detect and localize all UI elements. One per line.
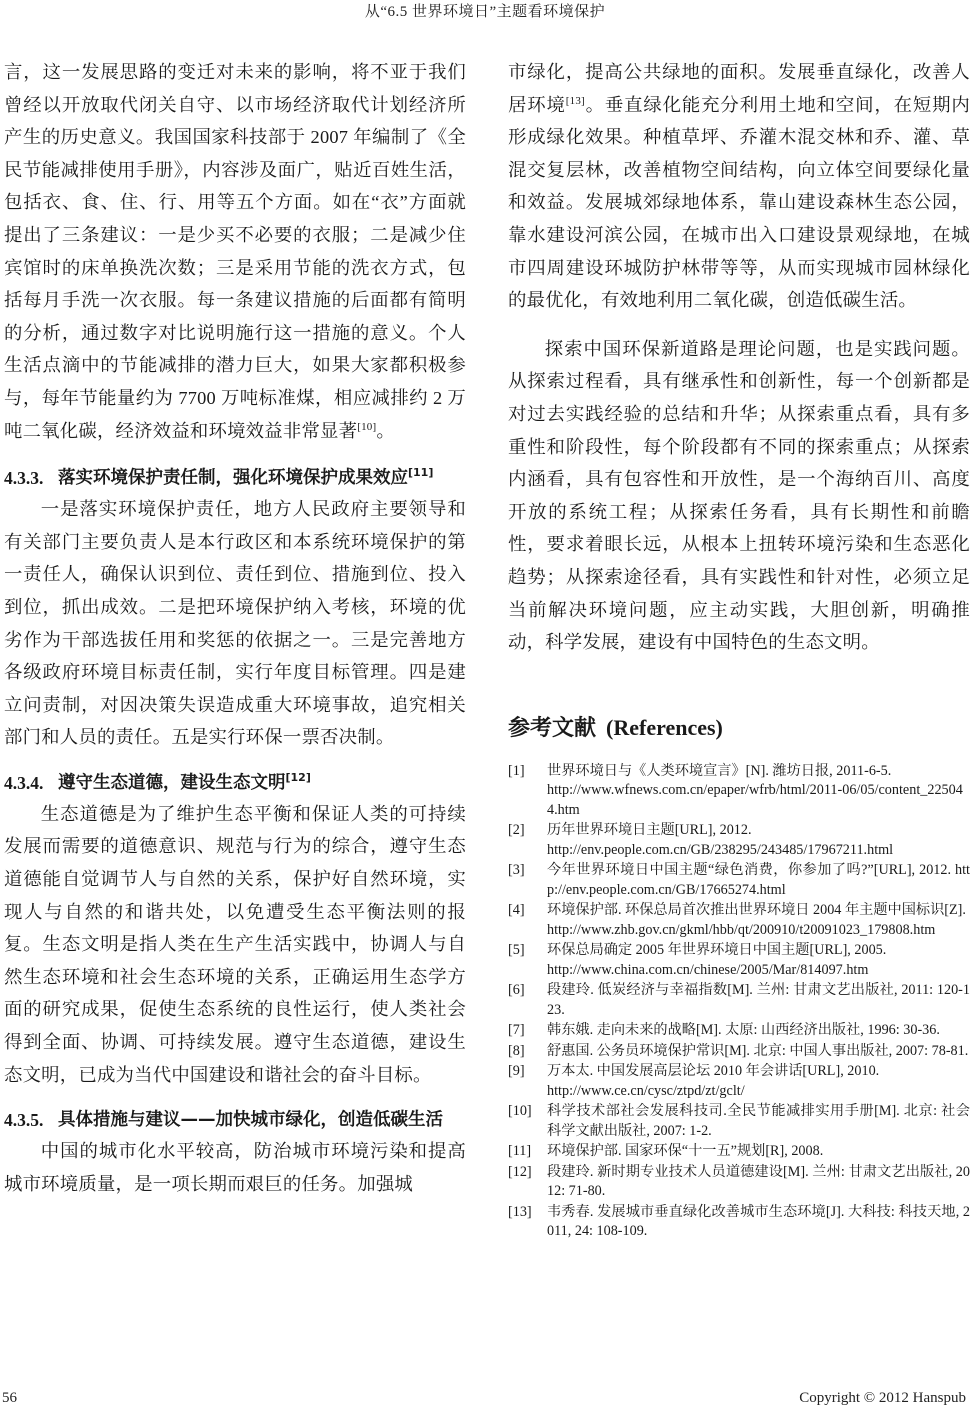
- section-4-3-5-body: 中国的城市化水平较高，防治城市环境污染和提高城市环境质量，是一项长期而艰巨的任务…: [4, 1135, 466, 1200]
- citation-marker[interactable]: [13]: [566, 95, 585, 107]
- reference-link[interactable]: http://www.wfnews.com.cn/epaper/wfrb/htm…: [547, 781, 970, 820]
- reference-number: [5]: [508, 941, 547, 980]
- intro-paragraph: 言，这一发展思路的变迁对未来的影响，将不亚于我们曾经以开放取代闭关自守、以市场经…: [4, 56, 466, 447]
- reference-item-2: [2] 历年世界环境日主题[URL], 2012.http://env.peop…: [508, 821, 970, 860]
- reference-item-8: [8] 舒惠国. 公务员环境保护常识[M]. 北京: 中国人事出版社, 2007…: [508, 1042, 970, 1062]
- reference-text: 环保总局确定 2005 年世界环境日中国主题[URL], 2005.: [547, 942, 886, 958]
- paragraph-text: 言，这一发展思路的变迁对未来的影响，将不亚于我们曾经以开放取代闭关自守、以市场经…: [4, 62, 466, 441]
- reference-text: 历年世界环境日主题[URL], 2012.: [547, 822, 752, 838]
- section-title-text: 遵守生态道德，建设生态文明: [58, 773, 286, 793]
- reference-body: 环境保护部. 环保总局首次推出世界环境日 2004 年主题中国标识[Z].htt…: [547, 901, 970, 940]
- right-column: 市绿化，提高公共绿地的面积。发展垂直绿化，改善人居环境[13]。垂直绿化能充分利…: [508, 56, 970, 1243]
- reference-body: 环境保护部. 国家环保“十一五”规划[R], 2008.: [547, 1142, 970, 1162]
- reference-item-13: [13] 韦秀春. 发展城市垂直绿化改善城市生态环境[J]. 大科技: 科技天地…: [508, 1203, 970, 1242]
- reference-text: 环境保护部. 环保总局首次推出世界环境日 2004 年主题中国标识[Z].: [547, 902, 966, 918]
- reference-number: [13]: [508, 1203, 547, 1242]
- section-title: 落实环境保护责任制，强化环境保护成果效应[11]: [58, 463, 466, 493]
- reference-number: [3]: [508, 861, 547, 900]
- reference-number: [12]: [508, 1163, 547, 1202]
- references-heading-en: (References): [606, 715, 723, 740]
- paragraph-tail: 。: [376, 421, 395, 441]
- reference-number: [8]: [508, 1042, 547, 1062]
- reference-link[interactable]: http://www.china.com.cn/chinese/2005/Mar…: [547, 961, 970, 981]
- reference-link[interactable]: http://www.zhb.gov.cn/gkml/hbb/qt/200910…: [547, 921, 970, 941]
- reference-item-12: [12] 段建玲. 新时期专业技术人员道德建设[M]. 兰州: 甘肃文艺出版社,…: [508, 1163, 970, 1202]
- reference-list: [1] 世界环境日与《人类环境宣言》[N]. 潍坊日报, 2011-6-5.ht…: [508, 762, 970, 1242]
- section-heading-4-3-4: 4.3.4. 遵守生态道德，建设生态文明[12]: [4, 768, 466, 798]
- reference-item-7: [7] 韩东娥. 走向未来的战略[M]. 太原: 山西经济出版社, 1996: …: [508, 1021, 970, 1041]
- reference-link[interactable]: http://www.ce.cn/cysc/ztpd/zt/gclt/: [547, 1082, 970, 1102]
- reference-number: [9]: [508, 1062, 547, 1101]
- reference-item-6: [6] 段建玲. 低炭经济与幸福指数[M]. 兰州: 甘肃文艺出版社, 2011…: [508, 981, 970, 1020]
- reference-number: [11]: [508, 1142, 547, 1162]
- reference-body: 舒惠国. 公务员环境保护常识[M]. 北京: 中国人事出版社, 2007: 78…: [547, 1042, 970, 1062]
- reference-body: 韦秀春. 发展城市垂直绿化改善城市生态环境[J]. 大科技: 科技天地, 201…: [547, 1203, 970, 1242]
- references-heading: 参考文献(References): [508, 713, 970, 744]
- reference-body: 历年世界环境日主题[URL], 2012.http://env.people.c…: [547, 821, 970, 860]
- citation-marker[interactable]: [10]: [357, 421, 376, 433]
- reference-item-1: [1] 世界环境日与《人类环境宣言》[N]. 潍坊日报, 2011-6-5.ht…: [508, 762, 970, 821]
- copyright-notice: Copyright © 2012 Hanspub: [799, 1390, 966, 1407]
- reference-number: [7]: [508, 1021, 547, 1041]
- reference-item-10: [10] 科学技术部社会发展科技司.全民节能减排实用手册[M]. 北京: 社会科…: [508, 1102, 970, 1141]
- references-heading-cn: 参考文献: [508, 716, 596, 741]
- reference-body: 韩东娥. 走向未来的战略[M]. 太原: 山西经济出版社, 1996: 30-3…: [547, 1021, 970, 1041]
- citation-marker[interactable]: [12]: [286, 771, 311, 784]
- section-number: 4.3.5.: [4, 1105, 58, 1135]
- section-title: 遵守生态道德，建设生态文明[12]: [58, 768, 466, 798]
- reference-body: 科学技术部社会发展科技司.全民节能减排实用手册[M]. 北京: 社会科学文献出版…: [547, 1102, 970, 1141]
- reference-item-5: [5] 环保总局确定 2005 年世界环境日中国主题[URL], 2005.ht…: [508, 941, 970, 980]
- reference-body: 世界环境日与《人类环境宣言》[N]. 潍坊日报, 2011-6-5.http:/…: [547, 762, 970, 821]
- section-title-text: 落实环境保护责任制，强化环境保护成果效应: [58, 468, 408, 488]
- reference-item-11: [11] 环境保护部. 国家环保“十一五”规划[R], 2008.: [508, 1142, 970, 1162]
- continued-paragraph: 市绿化，提高公共绿地的面积。发展垂直绿化，改善人居环境[13]。垂直绿化能充分利…: [508, 56, 970, 317]
- reference-number: [4]: [508, 901, 547, 940]
- section-title: 具体措施与建议——加快城市绿化，创造低碳生活: [58, 1105, 466, 1135]
- left-column: 言，这一发展思路的变迁对未来的影响，将不亚于我们曾经以开放取代闭关自守、以市场经…: [4, 56, 466, 1200]
- citation-marker[interactable]: [11]: [408, 466, 433, 479]
- reference-number: [10]: [508, 1102, 547, 1141]
- closing-paragraph: 探索中国环保新道路是理论问题，也是实践问题。从探索过程看，具有继承性和创新性，每…: [508, 333, 970, 659]
- reference-body: 今年世界环境日中国主题“绿色消费，你参加了吗?”[URL], 2012. htt…: [547, 861, 970, 900]
- reference-item-3: [3] 今年世界环境日中国主题“绿色消费，你参加了吗?”[URL], 2012.…: [508, 861, 970, 900]
- running-header: 从“6.5 世界环境日”主题看环境保护: [0, 0, 970, 26]
- section-4-3-4-body: 生态道德是为了维护生态平衡和保证人类的可持续发展而需要的道德意识、规范与行为的综…: [4, 798, 466, 1091]
- reference-body: 万本太. 中国发展高层论坛 2010 年会讲话[URL], 2010.http:…: [547, 1062, 970, 1101]
- reference-text: 万本太. 中国发展高层论坛 2010 年会讲话[URL], 2010.: [547, 1063, 879, 1079]
- reference-number: [1]: [508, 762, 547, 821]
- reference-item-9: [9] 万本太. 中国发展高层论坛 2010 年会讲话[URL], 2010.h…: [508, 1062, 970, 1101]
- section-heading-4-3-3: 4.3.3. 落实环境保护责任制，强化环境保护成果效应[11]: [4, 463, 466, 493]
- section-4-3-3-body: 一是落实环境保护责任，地方人民政府主要领导和有关部门主要负责人是本行政区和本系统…: [4, 493, 466, 754]
- reference-body: 段建玲. 新时期专业技术人员道德建设[M]. 兰州: 甘肃文艺出版社, 2012…: [547, 1163, 970, 1202]
- paragraph-text: 。垂直绿化能充分利用土地和空间，在短期内形成绿化效果。种植草坪、乔灌木混交林和乔…: [508, 95, 970, 311]
- page-number: 56: [2, 1390, 17, 1407]
- reference-text: 世界环境日与《人类环境宣言》[N]. 潍坊日报, 2011-6-5.: [547, 763, 891, 779]
- section-heading-4-3-5: 4.3.5. 具体措施与建议——加快城市绿化，创造低碳生活: [4, 1105, 466, 1135]
- section-number: 4.3.4.: [4, 768, 58, 798]
- section-number: 4.3.3.: [4, 463, 58, 493]
- reference-number: [2]: [508, 821, 547, 860]
- reference-body: 段建玲. 低炭经济与幸福指数[M]. 兰州: 甘肃文艺出版社, 2011: 12…: [547, 981, 970, 1020]
- reference-body: 环保总局确定 2005 年世界环境日中国主题[URL], 2005.http:/…: [547, 941, 970, 980]
- reference-link[interactable]: http://env.people.com.cn/GB/238295/24348…: [547, 841, 970, 861]
- reference-item-4: [4] 环境保护部. 环保总局首次推出世界环境日 2004 年主题中国标识[Z]…: [508, 901, 970, 940]
- reference-number: [6]: [508, 981, 547, 1020]
